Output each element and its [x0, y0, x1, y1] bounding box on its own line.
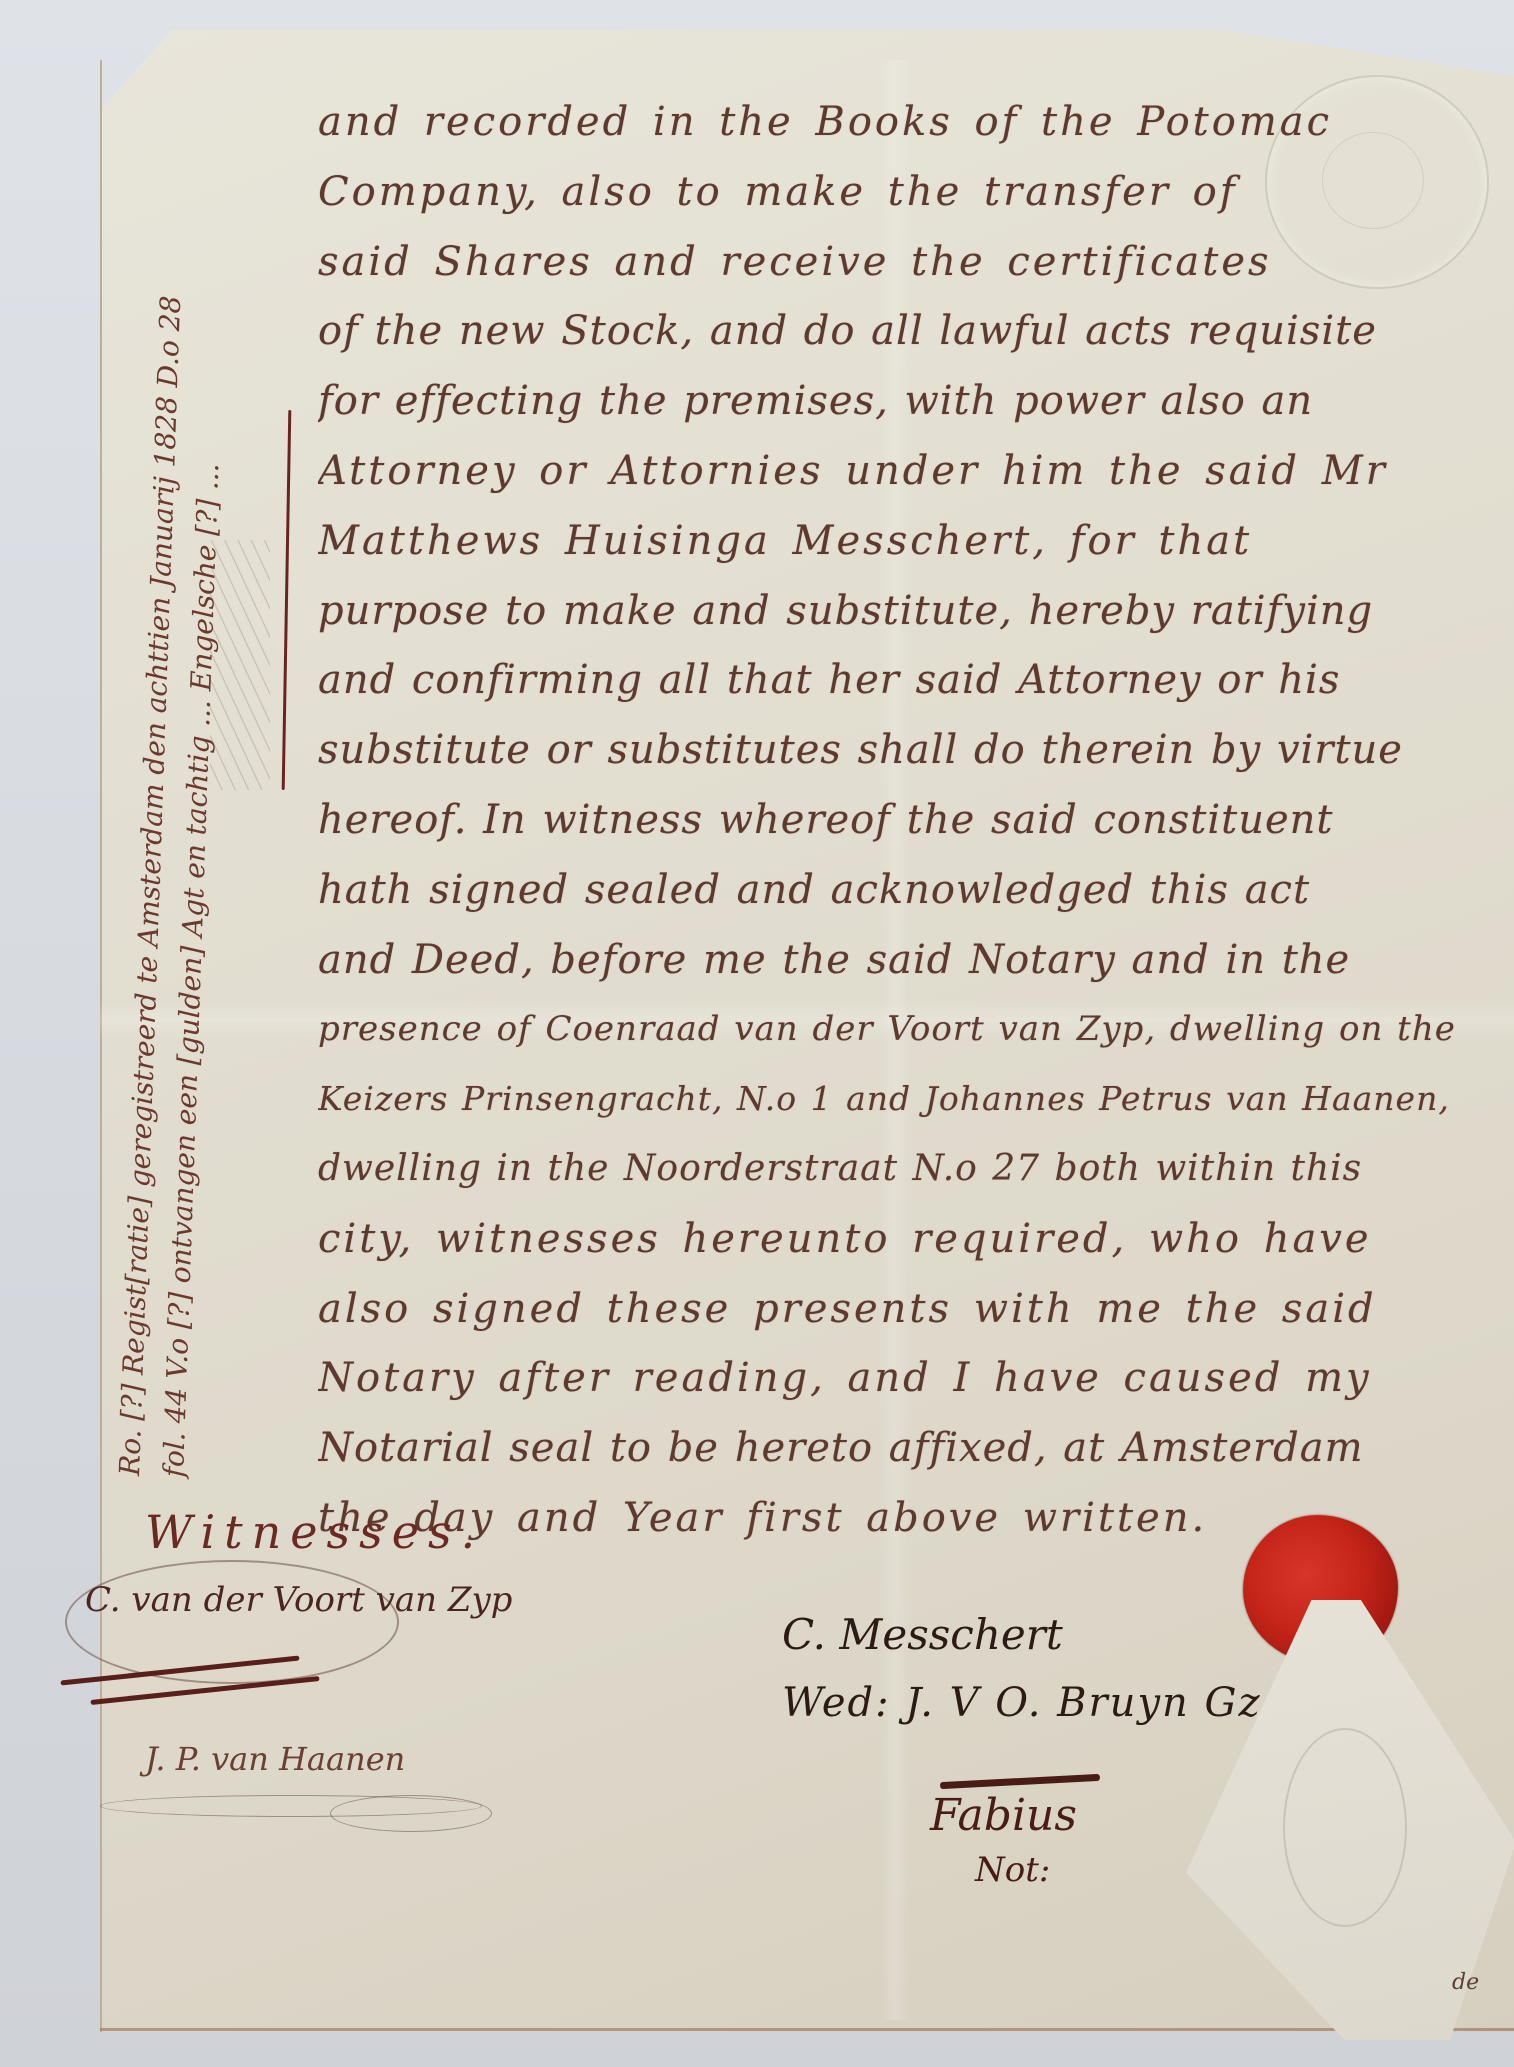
body-line: Attorney or Attornies under him the said… — [318, 441, 1498, 511]
body-line: Notary after reading, and I have caused … — [318, 1348, 1498, 1418]
body-line: and confirming all that her said Attorne… — [318, 650, 1498, 720]
constituent-signature: Wed: J. V O. Bruyn Gz — [782, 1680, 1262, 1726]
witness-signature: C. van der Voort van Zyp — [85, 1580, 512, 1620]
body-line: hereof. In witness whereof the said cons… — [318, 790, 1498, 860]
signature-flourish-icon — [330, 1795, 492, 1832]
page-bottom-edge — [100, 2028, 1514, 2031]
body-line: and recorded in the Books of the Potomac — [318, 92, 1498, 162]
witness-signature: J. P. van Haanen — [145, 1740, 405, 1778]
body-line: Notarial seal to be hereto affixed, at A… — [318, 1418, 1498, 1488]
body-line: hath signed sealed and acknowledged this… — [318, 860, 1498, 930]
notary-signature: Fabius — [930, 1790, 1077, 1841]
embossed-seal-icon — [1283, 1728, 1407, 1927]
body-line: for effecting the premises, with power a… — [318, 371, 1498, 441]
body-line: Keizers Prinsengracht, N.o 1 and Johanne… — [318, 1069, 1498, 1139]
body-line: dwelling in the Noorderstraat N.o 27 bot… — [318, 1139, 1498, 1209]
body-line: substitute or substitutes shall do there… — [318, 720, 1498, 790]
body-line: presence of Coenraad van der Voort van Z… — [318, 999, 1498, 1069]
page-left-edge — [100, 60, 102, 2032]
notary-title: Not: — [975, 1850, 1050, 1890]
document-body: and recorded in the Books of the Potomac… — [318, 92, 1498, 1558]
body-line: Company, also to make the transfer of — [318, 162, 1498, 232]
constituent-signature: C. Messchert — [782, 1610, 1063, 1659]
corner-mark: de — [1452, 1970, 1479, 1995]
body-line: also signed these presents with me the s… — [318, 1279, 1498, 1349]
body-line: purpose to make and substitute, hereby r… — [318, 581, 1498, 651]
body-line: of the new Stock, and do all lawful acts… — [318, 301, 1498, 371]
body-line: Matthews Huisinga Messchert, for that — [318, 511, 1498, 581]
witnesses-heading: Witnesses. — [145, 1505, 484, 1559]
body-line: city, witnesses hereunto required, who h… — [318, 1209, 1498, 1279]
body-line: and Deed, before me the said Notary and … — [318, 930, 1498, 1000]
body-line: said Shares and receive the certificates — [318, 232, 1498, 302]
